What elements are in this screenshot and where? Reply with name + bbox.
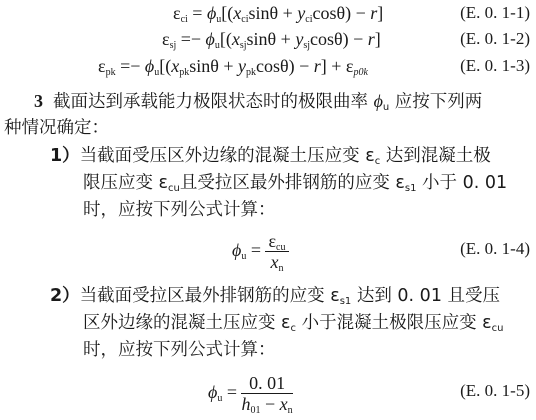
eq-sin: sinθ +: [247, 29, 296, 49]
fraction-denominator: h01 − xn: [241, 394, 292, 414]
fraction-denominator: xn: [265, 252, 288, 272]
den-minus: −: [260, 394, 279, 414]
item-3-line-1: 3截面达到承载能力极限状态时的极限曲率 ϕu 应按下列两: [34, 90, 482, 113]
eq-sin: sinθ +: [248, 3, 297, 23]
equation-label: (E. 0. 1-1): [460, 3, 530, 23]
equation-label: (E. 0. 1-4): [460, 239, 530, 259]
phi-symbol: ϕ: [207, 3, 216, 23]
fraction: 0. 01h01 − xn: [241, 373, 292, 414]
case-text: 且受拉区最外排钢筋的应变 ε: [180, 173, 405, 193]
eq-r: r: [368, 29, 375, 49]
eq-y-sub: pk: [246, 67, 256, 78]
equation-label: (E. 0. 1-3): [460, 56, 530, 76]
eq-x-sub: sj: [240, 40, 247, 51]
den-sub: n: [278, 263, 283, 274]
case-text: 当截面受压区外边缘的混凝土压应变 ε: [80, 146, 375, 166]
eq-open: [(: [221, 3, 233, 23]
phi-symbol: ϕ: [145, 56, 154, 76]
case-text: 小于混凝土极限压应变 ε: [296, 313, 492, 333]
equation-label: (E. 0. 1-5): [460, 381, 530, 401]
case-text: 限压应变 ε: [83, 173, 168, 193]
eq-r: r: [314, 56, 321, 76]
eq-close: ]: [375, 29, 381, 49]
case-number: 2）: [50, 286, 80, 306]
case-text: 当截面受拉区最外排钢筋的应变 ε: [80, 286, 340, 306]
case-1-line-2: 限压应变 εcu且受拉区最外排钢筋的应变 εs1 小于 0. 01: [83, 172, 507, 194]
eq-x-sub: pk: [179, 67, 189, 78]
item-text: 应按下列两: [389, 92, 482, 112]
eq-sign: =: [222, 382, 241, 402]
eq-lhs: ε: [173, 3, 181, 23]
eq-sign: =−: [176, 29, 205, 49]
den-h-sub: 01: [250, 405, 260, 416]
phi-symbol: ϕ: [374, 91, 383, 111]
case-text: 区外边缘的混凝土压应变 ε: [83, 313, 291, 333]
item-text: 截面达到承载能力极限状态时的极限曲率: [53, 92, 374, 112]
case-text: 小于 0. 01: [416, 173, 507, 193]
eq-sin: sinθ +: [189, 56, 238, 76]
equation-label: (E. 0. 1-2): [460, 29, 530, 49]
item-3-line-2: 种情况确定：: [4, 117, 109, 139]
eq-open: [(: [220, 29, 232, 49]
eq-cos: cosθ) −: [256, 56, 314, 76]
eq-cos: cosθ) −: [312, 3, 370, 23]
phi-symbol: ϕ: [232, 240, 241, 260]
eq-lhs: ε: [162, 29, 170, 49]
num-symbol: ε: [268, 231, 276, 251]
strain-sub: cu: [492, 323, 504, 334]
strain-sub: s1: [340, 296, 352, 307]
case-1-line-3: 时，应按下列公式计算：: [83, 199, 276, 221]
phi-symbol: ϕ: [206, 29, 215, 49]
equation-e-0-1-1: εci = ϕu[(xcisinθ + ycicosθ) − r]: [173, 2, 383, 24]
case-text: 达到 0. 01 且受压: [351, 286, 500, 306]
case-2-line-3: 时，应按下列公式计算：: [83, 339, 276, 361]
formula-e-0-1-5: ϕu = 0. 01h01 − xn: [208, 372, 293, 414]
eq-lhs: ε: [98, 56, 106, 76]
eq-x: x: [171, 56, 179, 76]
case-number: 1）: [50, 146, 80, 166]
eq-cos: cosθ) −: [310, 29, 368, 49]
eq-lhs-sub: ci: [181, 14, 188, 25]
phi-symbol: ϕ: [208, 382, 217, 402]
eq-open: [(: [159, 56, 171, 76]
strain-sub: cu: [168, 183, 180, 194]
strain-sub: s1: [405, 183, 417, 194]
eq-y: y: [238, 56, 246, 76]
eq-sign: =: [246, 240, 265, 260]
eq-extra-sub: p0k: [353, 67, 367, 78]
item-number: 3: [34, 91, 43, 111]
den-x: x: [280, 394, 288, 414]
fraction: εcuxn: [265, 231, 288, 272]
case-text: 达到混凝土极: [380, 146, 491, 166]
eq-sign: =−: [116, 56, 145, 76]
case-2-line-1: 2）当截面受拉区最外排钢筋的应变 εs1 达到 0. 01 且受压: [50, 285, 500, 307]
equation-e-0-1-2: εsj =− ϕu[(xsjsinθ + ysjcosθ) − r]: [162, 28, 381, 50]
eq-x: x: [232, 29, 240, 49]
equation-e-0-1-3: εpk =− ϕu[(xpksinθ + ypkcosθ) − r] + εp0…: [98, 55, 368, 77]
eq-sign: =: [188, 3, 207, 23]
eq-y-sub: sj: [303, 40, 310, 51]
eq-lhs-sub: pk: [106, 67, 116, 78]
eq-close: ]: [377, 3, 383, 23]
eq-close: ] + ε: [321, 56, 354, 76]
fraction-numerator: εcu: [265, 231, 288, 252]
case-2-line-2: 区外边缘的混凝土压应变 εc 小于混凝土极限压应变 εcu: [83, 312, 503, 334]
formula-e-0-1-4: ϕu = εcuxn: [232, 230, 289, 272]
case-1-line-1: 1）当截面受压区外边缘的混凝土压应变 εc 达到混凝土极: [50, 145, 491, 167]
fraction-numerator: 0. 01: [241, 373, 292, 394]
den-x-sub: n: [288, 405, 293, 416]
